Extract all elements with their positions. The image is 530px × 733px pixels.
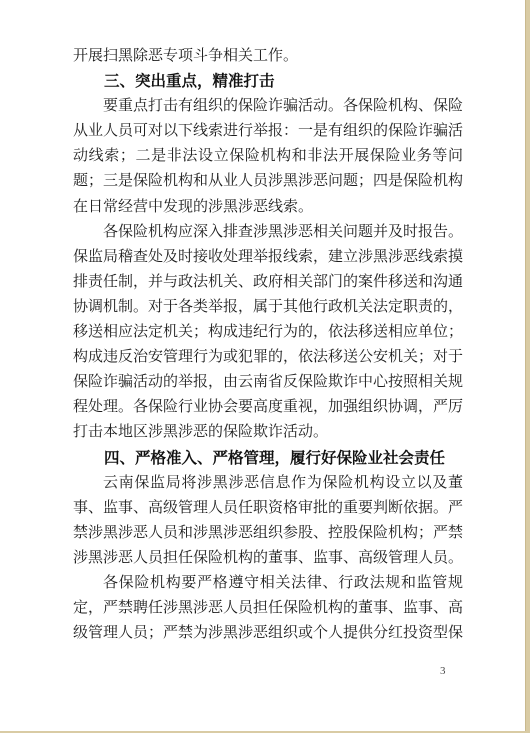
scan-edge-right xyxy=(525,0,530,733)
paragraph-continuation: 开展扫黑除恶专项斗争相关工作。 xyxy=(73,44,463,69)
paragraph: 要重点打击有组织的保险诈骗活动。各保险机构、保险从业人员可对以下线索进行举报：一… xyxy=(73,94,463,219)
section-heading-3: 三、突出重点，精准打击 xyxy=(73,69,463,94)
section-heading-4: 四、严格准入、严格管理，履行好保险业社会责任 xyxy=(73,446,463,471)
paragraph: 各保险机构要严格遵守相关法律、行政法规和监管规定，严禁聘任涉黑涉恶人员担任保险机… xyxy=(73,571,463,646)
paragraph: 各保险机构应深入排查涉黑涉恶相关问题并及时报告。保监局稽查处及时接收处理举报线索… xyxy=(73,220,463,446)
document-body: 开展扫黑除恶专项斗争相关工作。 三、突出重点，精准打击 要重点打击有组织的保险诈… xyxy=(73,44,463,646)
paragraph: 云南保监局将涉黑涉恶信息作为保险机构设立以及董事、监事、高级管理人员任职资格审批… xyxy=(73,471,463,571)
page-number: 3 xyxy=(440,665,446,677)
document-page: 开展扫黑除恶专项斗争相关工作。 三、突出重点，精准打击 要重点打击有组织的保险诈… xyxy=(0,0,530,733)
